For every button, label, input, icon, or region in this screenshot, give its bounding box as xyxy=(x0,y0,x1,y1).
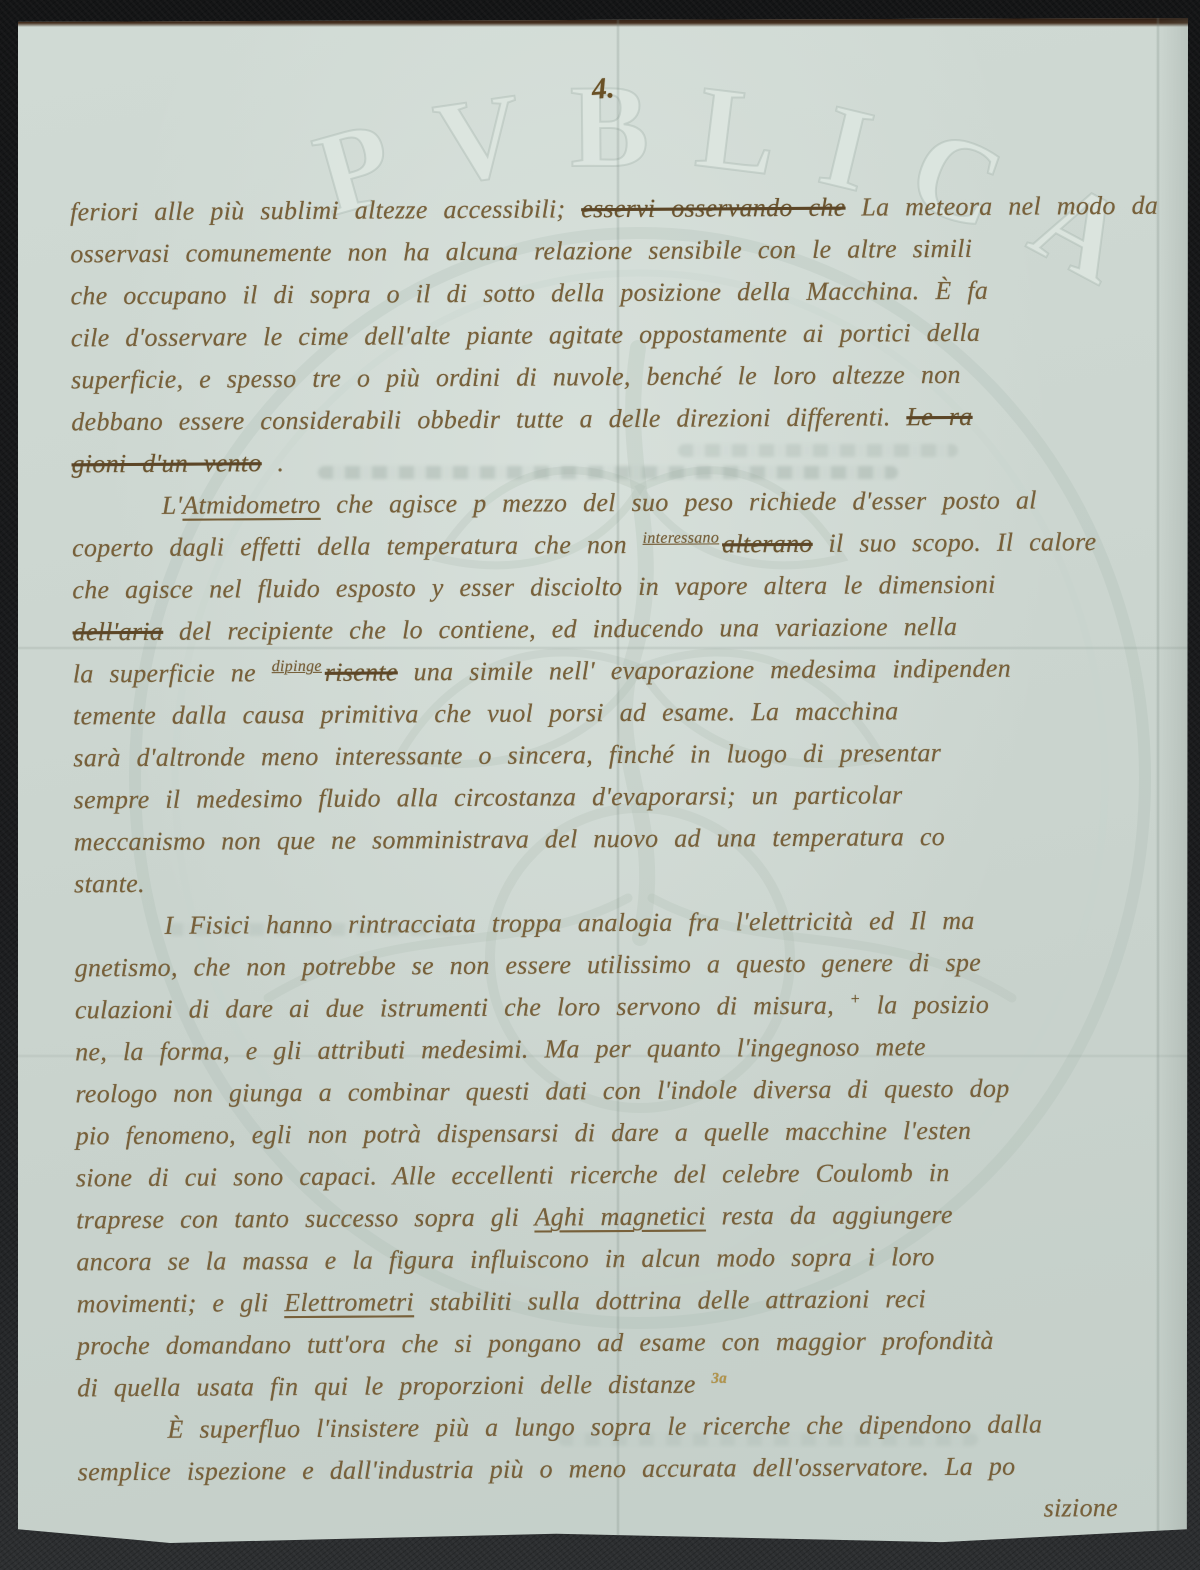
text-segment: coperto dagli effetti della temperatura … xyxy=(72,530,643,562)
text-segment: sarà d'altronde meno interessante o sinc… xyxy=(73,738,941,772)
text-line: dell'aria del recipiente che lo contiene… xyxy=(72,605,1174,654)
text-line: di quella usata fin qui le proporzioni d… xyxy=(77,1361,1179,1410)
text-segment-caret: + xyxy=(850,991,861,1008)
text-segment: semplice ispezione e dall'industria più … xyxy=(78,1452,1016,1487)
text-segment: ancora se la massa e la figura influisco… xyxy=(76,1242,934,1276)
text-segment: È superfluo l'insistere più a lungo sopr… xyxy=(167,1409,1042,1443)
text-segment: che agisce nel fluido esposto y esser di… xyxy=(72,570,995,605)
text-line: debbano essere considerabili obbedir tut… xyxy=(71,395,1173,444)
text-line: È superfluo l'insistere più a lungo sopr… xyxy=(77,1403,1179,1452)
text-segment-sup: dipinge xyxy=(272,658,322,675)
text-segment: reologo non giunga a combinar questi dat… xyxy=(75,1074,1009,1109)
text-segment: la superficie ne xyxy=(73,658,272,688)
text-segment-strike: Le ra xyxy=(906,402,972,431)
text-segment: la posizio xyxy=(861,990,989,1020)
text-line: reologo non giunga a combinar questi dat… xyxy=(75,1067,1177,1116)
text-segment: . xyxy=(262,448,285,477)
text-segment: che occupano il di sopra o il di sotto d… xyxy=(70,276,988,311)
text-line: pio fenomeno, egli non potrà dispensarsi… xyxy=(76,1109,1178,1158)
text-line: gnetismo, che non potrebbe se non essere… xyxy=(75,941,1177,990)
text-segment: gnetismo, che non potrebbe se non essere… xyxy=(75,948,982,983)
text-line: superficie, e spesso tre o più ordini di… xyxy=(71,353,1173,402)
text-line: osservasi comunemente non ha alcuna rela… xyxy=(70,227,1172,276)
text-segment: culazioni di dare ai due istrumenti che … xyxy=(75,991,850,1025)
text-segment: che agisce p mezzo del suo peso richiede… xyxy=(320,485,1036,518)
text-segment: meccanismo non que ne somministrava del … xyxy=(74,822,945,856)
text-line: feriori alle più sublimi altezze accessi… xyxy=(70,185,1172,234)
text-line: stante. xyxy=(74,857,1176,906)
text-segment: pio fenomeno, egli non potrà dispensarsi… xyxy=(76,1116,972,1150)
manuscript-page: PVBLICA 4. feriori alle più sublimi alte… xyxy=(18,18,1188,1546)
text-segment: debbano essere considerabili obbedir tut… xyxy=(71,402,906,436)
text-segment: L' xyxy=(162,491,183,520)
text-line: semplice ispezione e dall'industria più … xyxy=(78,1445,1180,1494)
text-segment: temente dalla causa primitiva che vuol p… xyxy=(73,696,899,730)
text-segment: ne, la forma, e gli attributi medesimi. … xyxy=(75,1032,926,1066)
text-line: sione di cui sono capaci. Alle eccellent… xyxy=(76,1151,1178,1200)
text-line: temente dalla causa primitiva che vuol p… xyxy=(73,689,1175,738)
text-segment: sempre il medesimo fluido alla circostan… xyxy=(74,780,903,814)
text-segment: superficie, e spesso tre o più ordini di… xyxy=(71,360,961,394)
text-segment: il suo scopo. Il calore xyxy=(813,527,1097,558)
text-line: movimenti; e gli Elettrometri stabiliti … xyxy=(77,1277,1179,1326)
text-segment-strike: alterano xyxy=(722,529,813,559)
text-segment-underline: Aghi magnetici xyxy=(534,1202,706,1232)
text-line: che occupano il di sopra o il di sotto d… xyxy=(70,269,1172,318)
manuscript-text: feriori alle più sublimi altezze accessi… xyxy=(70,185,1180,1536)
text-line: L'Atmidometro che agisce p mezzo del suo… xyxy=(72,479,1174,528)
text-segment: stante. xyxy=(74,869,145,898)
text-segment-underline: Elettrometri xyxy=(284,1287,414,1317)
page-number: 4. xyxy=(19,21,1188,157)
text-line: gioni d'un vento . xyxy=(71,437,1173,486)
text-line: ancora se la massa e la figura influisco… xyxy=(76,1235,1178,1284)
text-line: I Fisici hanno rintracciata troppa analo… xyxy=(74,899,1176,948)
text-segment: del recipiente che lo contiene, ed induc… xyxy=(163,612,957,646)
text-line: cile d'osservare le cime dell'alte piant… xyxy=(71,311,1173,360)
text-line: sarà d'altronde meno interessante o sinc… xyxy=(73,731,1175,780)
text-segment: una simile nell' evaporazione medesima i… xyxy=(398,654,1011,687)
text-segment: resta da aggiungere xyxy=(706,1200,953,1231)
text-line: coperto dagli effetti della temperatura … xyxy=(72,521,1174,570)
text-line: traprese con tanto successo sopra gli Ag… xyxy=(76,1193,1178,1242)
text-segment: La meteora nel modo da xyxy=(845,191,1158,222)
text-line: proche domandano tutt'ora che si pongano… xyxy=(77,1319,1179,1368)
text-segment: I Fisici hanno rintracciata troppa analo… xyxy=(164,906,974,940)
text-line: ne, la forma, e gli attributi medesimi. … xyxy=(75,1025,1177,1074)
text-segment-strike: risente xyxy=(325,657,398,686)
text-segment: proche domandano tutt'ora che si pongano… xyxy=(77,1326,994,1361)
text-segment-underline: Atmidometro xyxy=(182,490,320,520)
text-line: sempre il medesimo fluido alla circostan… xyxy=(73,773,1175,822)
catchword: sizione xyxy=(78,1487,1180,1536)
text-segment-sup: interessano xyxy=(643,530,720,547)
text-segment: stabiliti sulla dottrina delle attrazion… xyxy=(414,1284,926,1316)
text-segment: cile d'osservare le cime dell'alte piant… xyxy=(71,318,981,353)
text-line: la superficie ne dipingerisente una simi… xyxy=(73,647,1175,696)
text-segment-strike: gioni d'un vento xyxy=(71,448,261,478)
text-segment: osservasi comunemente non ha alcuna rela… xyxy=(70,234,972,269)
text-segment: sione di cui sono capaci. Alle eccellent… xyxy=(76,1158,950,1192)
text-segment: movimenti; e gli xyxy=(77,1288,285,1318)
text-line: meccanismo non que ne somministrava del … xyxy=(74,815,1176,864)
text-segment: traprese con tanto successo sopra gli xyxy=(76,1203,534,1235)
text-segment-strike: dell'aria xyxy=(73,617,164,647)
text-segment-mark: 3a xyxy=(711,1371,727,1387)
text-line: culazioni di dare ai due istrumenti che … xyxy=(75,983,1177,1032)
text-line: che agisce nel fluido esposto y esser di… xyxy=(72,563,1174,612)
text-segment: feriori alle più sublimi altezze accessi… xyxy=(70,194,581,226)
page-top-edge-shadow xyxy=(18,18,1188,27)
text-segment-strike: esservi osservando che xyxy=(581,193,846,224)
text-segment: di quella usata fin qui le proporzioni d… xyxy=(77,1369,711,1402)
